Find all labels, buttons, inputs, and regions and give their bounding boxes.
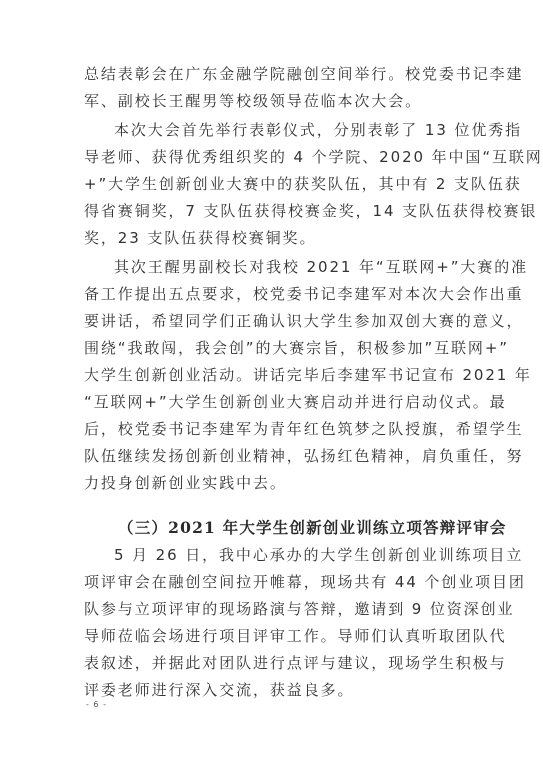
text-line: 后，校党委书记李建军为青年红色筑梦之队授旗，希望学生	[84, 418, 464, 440]
text-line: 力投身创新创业实践中去。	[84, 472, 464, 494]
text-line: 要讲话，希望同学们正确认识大学生参加双创大赛的意义，	[84, 310, 464, 332]
text-line: 导老师、获得优秀组织奖的 4 个学院、2020 年中国“互联网	[84, 146, 464, 168]
text-line: 备工作提出五点要求，校党委书记李建军对本次大会作出重	[84, 283, 464, 305]
document-page: 总结表彰会在广东金融学院融创空间举行。校党委书记李建 军、副校长王醒男等校级领导…	[0, 0, 543, 768]
text-line: 5 月 26 日，我中心承办的大学生创新创业训练项目立	[114, 544, 464, 566]
text-line: “互联网+”大学生创新创业大赛启动并进行启动仪式。最	[84, 391, 464, 413]
text-line: 得省赛铜奖，7 支队伍获得校赛金奖，14 支队伍获得校赛银	[84, 200, 464, 222]
text-line: 大学生创新创业活动。讲话完毕后李建军书记宣布 2021 年	[84, 364, 464, 386]
text-line: 项评审会在融创空间拉开帷幕，现场共有 44 个创业项目团	[84, 571, 464, 593]
section-heading: （三）2021 年大学生创新创业训练立项答辩评审会	[118, 517, 478, 539]
text-line: 评委老师进行深入交流，获益良多。	[84, 679, 464, 701]
text-line: 队参与立项评审的现场路演与答辩，邀请到 9 位资深创业	[84, 598, 464, 620]
text-line: 本次大会首先举行表彰仪式，分别表彰了 13 位优秀指	[114, 119, 464, 141]
text-line: +”大学生创新创业大赛中的获奖队伍，其中有 2 支队伍获	[84, 173, 464, 195]
page-number: - 6 -	[86, 700, 107, 709]
text-line: 其次王醒男副校长对我校 2021 年“互联网+”大赛的准	[114, 256, 464, 278]
text-line: 总结表彰会在广东金融学院融创空间举行。校党委书记李建	[84, 63, 464, 85]
text-line: 导师莅临会场进行项目评审工作。导师们认真听取团队代	[84, 625, 464, 647]
text-line: 表叙述，并据此对团队进行点评与建议，现场学生积极与	[84, 652, 464, 674]
text-line: 围绕“我敢闯，我会创”的大赛宗旨，积极参加”互联网+”	[84, 337, 464, 359]
text-line: 军、副校长王醒男等校级领导莅临本次大会。	[84, 90, 464, 112]
text-line: 奖，23 支队伍获得校赛铜奖。	[84, 227, 464, 249]
text-line: 队伍继续发扬创新创业精神，弘扬红色精神，肩负重任，努	[84, 445, 464, 467]
